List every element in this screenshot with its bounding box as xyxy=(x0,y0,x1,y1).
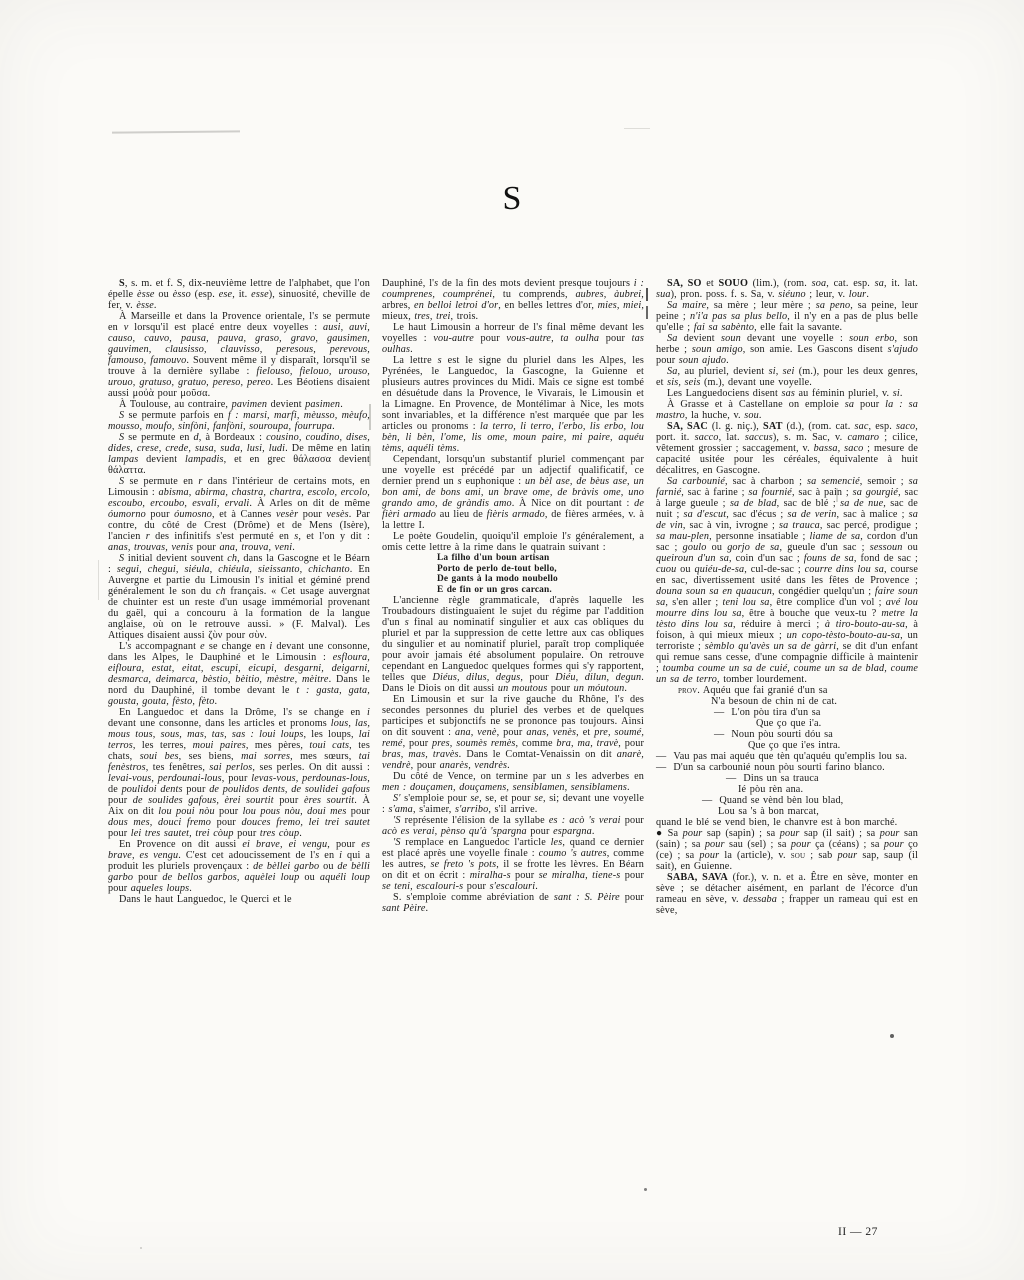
entry-sa-so-souo: SA, SO et SOUO (lim.), (rom. soa, cat. e… xyxy=(656,278,918,300)
proverb-line: — Quand se vènd bèn lou blad, xyxy=(702,795,918,806)
paragraph: Sa devient soun devant une voyelle : sou… xyxy=(656,333,918,366)
paragraph: À Toulouse, au contraire, pavimen devien… xyxy=(108,399,370,410)
page-number: II — 27 xyxy=(838,1226,938,1238)
paragraph-continuation: Dauphiné, l's de la fin des mots devient… xyxy=(382,278,644,322)
paragraph: À Marseille et dans la Provence oriental… xyxy=(108,311,370,399)
proverb-line: — Noun pòu sourti dóu sa xyxy=(714,729,918,740)
paragraph: S se permute parfois en f : marsi, marfi… xyxy=(108,410,370,432)
paragraph: La lettre s est le signe du pluriel dans… xyxy=(382,355,644,454)
column-center: Dauphiné, l's de la fin des mots devient… xyxy=(382,278,644,916)
paragraph: S. s'emploie comme abréviation de sant :… xyxy=(382,892,644,914)
paragraph: 'S remplace en Languedoc l'article les, … xyxy=(382,837,644,892)
paragraph: Du côté de Vence, on termine par un s le… xyxy=(382,771,644,793)
proverb-translation: quand le blé se vend bien, le chanvre es… xyxy=(656,817,918,828)
paragraph: En Provence on dit aussi ei brave, ei ve… xyxy=(108,839,370,894)
entry-s: S, s. m. et f. S, dix-neuvième lettre de… xyxy=(108,278,370,311)
scan-artifact xyxy=(646,306,648,319)
proverb-line: Ié pòu rèn ana. xyxy=(738,784,918,795)
entry-saba-sava: SABA, SAVA (for.), v. n. et a. Être en s… xyxy=(656,872,918,916)
paragraph: Sa carbounié, sac à charbon ; sa semenci… xyxy=(656,476,918,685)
paragraph: En Limousin et sur la rive gauche du Rhô… xyxy=(382,694,644,771)
paragraph: L's accompagnant e se change en i devant… xyxy=(108,641,370,707)
proverb-line: Lou sa 's à bon marcat, xyxy=(718,806,918,817)
paragraph: Le poète Goudelin, quoiqu'il emploie l's… xyxy=(382,531,644,553)
scan-artifact xyxy=(624,128,650,129)
paragraph: Sa, au pluriel, devient si, sei (m.), po… xyxy=(656,366,918,388)
scan-artifact xyxy=(140,1247,142,1249)
proverb-line: N'a besoun de chin ni de cat. xyxy=(711,696,918,707)
section-letter-heading: S xyxy=(0,180,1024,218)
text-columns: S, s. m. et f. S, dix-neuvième lettre de… xyxy=(108,278,918,916)
scan-artifact xyxy=(369,404,371,430)
scan-artifact xyxy=(369,446,371,466)
scan-artifact xyxy=(836,488,838,502)
paragraph: En Languedoc et dans la Drôme, l's se ch… xyxy=(108,707,370,839)
proverb-line: Que ço que i'es intra. xyxy=(748,740,918,751)
scan-artifact xyxy=(644,1188,647,1191)
paragraph: Sa maire, sa mère ; leur mère ; sa peno,… xyxy=(656,300,918,333)
paragraph: S se permute en d, à Bordeaux : cousino,… xyxy=(108,432,370,476)
paragraph: S initial devient souvent ch, dans la Ga… xyxy=(108,553,370,641)
scan-artifact xyxy=(890,1034,894,1038)
paragraph: S se permute en r dans l'intérieur de ce… xyxy=(108,476,370,553)
scan-artifact xyxy=(98,560,99,600)
proverb-line: prov. Aquéu que fai granié d'un sa xyxy=(678,685,918,696)
column-right: SA, SO et SOUO (lim.), (rom. soa, cat. e… xyxy=(656,278,918,916)
paragraph: Cependant, lorsqu'un substantif pluriel … xyxy=(382,454,644,531)
paragraph: Les Languedociens disent sas au féminin … xyxy=(656,388,918,399)
scan-artifact xyxy=(112,130,240,133)
proverb-line: — L'on pòu tira d'un sa xyxy=(714,707,918,718)
proverb-line: — D'un sa carbounié noun pòu sourti fari… xyxy=(656,762,918,773)
paragraph: S' s'emploie pour se, se, et pour se, si… xyxy=(382,793,644,815)
scan-artifact xyxy=(646,288,648,301)
paragraph: Le haut Limousin a horreur de l's final … xyxy=(382,322,644,355)
dictionary-page: S S, s. m. et f. S, dix-neuvième lettre … xyxy=(0,0,1024,1280)
entry-sa-sac: SA, SAC (l. g. niç.), SAT (d.), (rom. ca… xyxy=(656,421,918,476)
paragraph: Dans le haut Languedoc, le Querci et le xyxy=(108,894,370,905)
proverb-line: — Dins un sa trauca xyxy=(726,773,918,784)
paragraph: À Grasse et à Castellane on emploie sa p… xyxy=(656,399,918,421)
bullet-note: ● Sa pour sap (sapin) ; sa pour sap (il … xyxy=(656,828,918,872)
proverb-line: — Vau pas mai aquéu que tèn qu'aquéu qu'… xyxy=(656,751,918,762)
quatrain-verse: La filho d'un boun artisanPorto de perlo… xyxy=(437,553,644,595)
column-left: S, s. m. et f. S, dix-neuvième lettre de… xyxy=(108,278,370,916)
paragraph: 'S représente l'élision de la syllabe es… xyxy=(382,815,644,837)
proverb-line: Que ço que i'a. xyxy=(756,718,918,729)
paragraph: L'ancienne règle grammaticale, d'après l… xyxy=(382,595,644,694)
